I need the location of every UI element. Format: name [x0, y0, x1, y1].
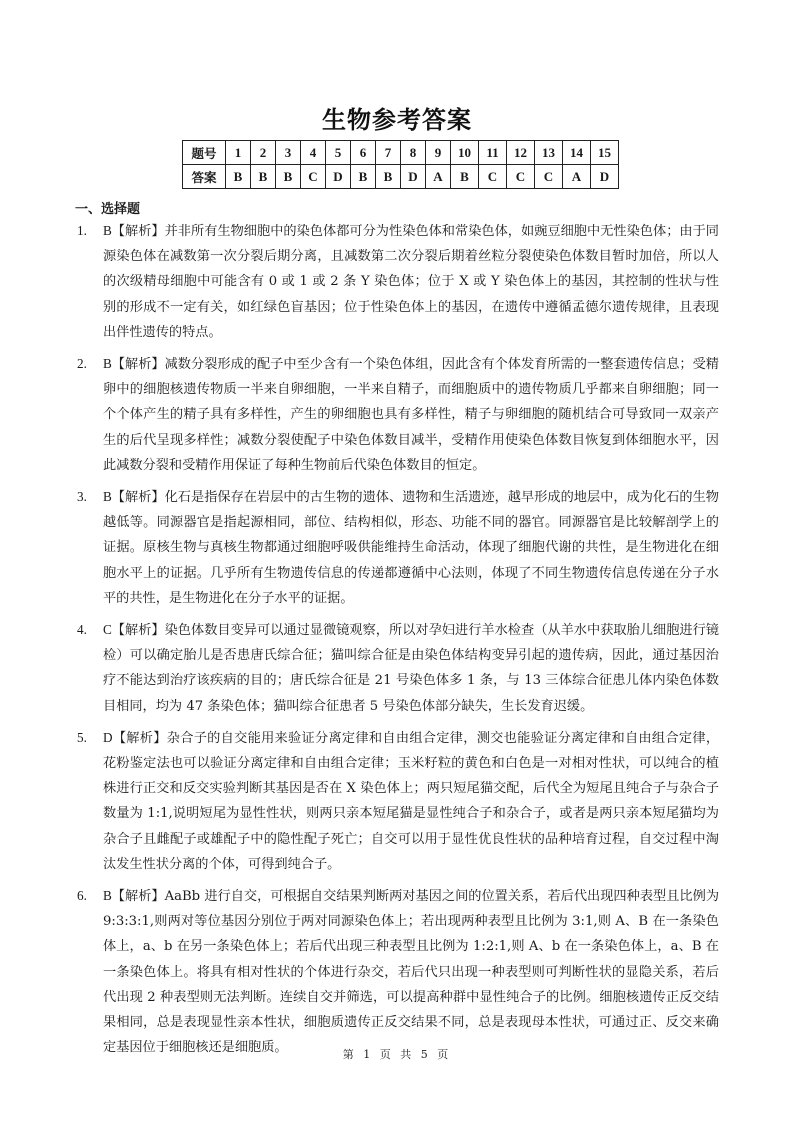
item-number: 6. [77, 883, 87, 908]
answer-cell: C [301, 165, 326, 189]
item-answer: B [103, 888, 112, 903]
analysis-tag: 【解析】 [112, 490, 165, 505]
document-page: 生物参考答案 题号 1 2 3 4 5 6 7 8 9 10 11 12 13 … [0, 0, 794, 1123]
question-number: 10 [451, 141, 479, 165]
analysis-tag: 【解析】 [112, 357, 165, 372]
item-number: 2. [77, 351, 87, 376]
row-header: 答案 [183, 165, 226, 189]
item-text: 并非所有生物细胞中的染色体都可分为性染色体和常染色体，如豌豆细胞中无性染色体；由… [103, 224, 719, 340]
item-text: 减数分裂形成的配子中至少含有一个染色体组，因此含有个体发育所需的一整套遗传信息；… [103, 357, 719, 473]
answer-cell: D [591, 165, 619, 189]
question-number: 8 [401, 141, 426, 165]
answer-cell: A [563, 165, 591, 189]
answer-cell: C [507, 165, 535, 189]
analysis-tag: 【解析】 [112, 623, 165, 638]
question-number: 13 [535, 141, 563, 165]
item-text: AaBb 进行自交，可根据自交结果判断两对基因之间的位置关系，若后代出现四种表型… [103, 889, 719, 1055]
question-number: 4 [301, 141, 326, 165]
answer-cell: D [401, 165, 426, 189]
explanation-item: 4. C【解析】染色体数目变异可以通过显微镜观察，所以对孕妇进行羊水检查（从羊水… [77, 617, 719, 719]
question-number: 2 [251, 141, 276, 165]
question-number: 6 [351, 141, 376, 165]
answer-key-table: 题号 1 2 3 4 5 6 7 8 9 10 11 12 13 14 15 答… [182, 140, 619, 189]
item-number: 4. [77, 617, 87, 642]
answer-cell: C [479, 165, 507, 189]
answer-cell: C [535, 165, 563, 189]
item-number: 3. [77, 484, 87, 509]
answer-row: 答案 B B B C D B B D A B C C C A D [183, 165, 619, 189]
answer-cell: B [251, 165, 276, 189]
answer-cell: B [226, 165, 251, 189]
question-number: 15 [591, 141, 619, 165]
explanation-list: 1. B【解析】并非所有生物细胞中的染色体都可分为性染色体和常染色体，如豌豆细胞… [77, 218, 719, 1067]
question-number: 11 [479, 141, 507, 165]
question-number: 5 [326, 141, 351, 165]
answer-cell: A [426, 165, 451, 189]
row-header: 题号 [183, 141, 226, 165]
analysis-tag: 【解析】 [113, 731, 167, 746]
section-heading: 一、选择题 [75, 198, 140, 217]
answer-cell: B [376, 165, 401, 189]
question-number-row: 题号 1 2 3 4 5 6 7 8 9 10 11 12 13 14 15 [183, 141, 619, 165]
question-number: 12 [507, 141, 535, 165]
explanation-item: 2. B【解析】减数分裂形成的配子中至少含有一个染色体组，因此含有个体发育所需的… [77, 351, 719, 478]
item-answer: B [103, 489, 112, 504]
question-number: 9 [426, 141, 451, 165]
item-text: 杂合子的自交能用来验证分离定律和自由组合定律，测交也能验证分离定律和自由组合定律… [103, 731, 719, 872]
answer-cell: D [326, 165, 351, 189]
item-text: 染色体数目变异可以通过显微镜观察，所以对孕妇进行羊水检查（从羊水中获取胎儿细胞进… [103, 623, 719, 714]
question-number: 14 [563, 141, 591, 165]
explanation-item: 6. B【解析】AaBb 进行自交，可根据自交结果判断两对基因之间的位置关系，若… [77, 883, 719, 1060]
explanation-item: 1. B【解析】并非所有生物细胞中的染色体都可分为性染色体和常染色体，如豌豆细胞… [77, 218, 719, 345]
answer-cell: B [451, 165, 479, 189]
question-number: 1 [226, 141, 251, 165]
item-number: 1. [77, 218, 87, 243]
analysis-tag: 【解析】 [112, 224, 165, 239]
item-answer: B [103, 223, 112, 238]
question-number: 3 [276, 141, 301, 165]
question-number: 7 [376, 141, 401, 165]
answer-cell: B [351, 165, 376, 189]
analysis-tag: 【解析】 [112, 889, 165, 904]
page-title: 生物参考答案 [0, 100, 794, 135]
item-number: 5. [77, 725, 87, 750]
item-answer: C [103, 622, 112, 637]
item-answer: B [103, 356, 112, 371]
item-text: 化石是指保存在岩层中的古生物的遗体、遗物和生活遗迹，越早形成的地层中，成为化石的… [103, 490, 719, 606]
answer-cell: B [276, 165, 301, 189]
explanation-item: 5. D【解析】杂合子的自交能用来验证分离定律和自由组合定律，测交也能验证分离定… [77, 725, 719, 877]
item-answer: D [103, 730, 113, 745]
page-footer: 第 1 页 共 5 页 [0, 1046, 794, 1062]
explanation-item: 3. B【解析】化石是指保存在岩层中的古生物的遗体、遗物和生活遗迹，越早形成的地… [77, 484, 719, 611]
